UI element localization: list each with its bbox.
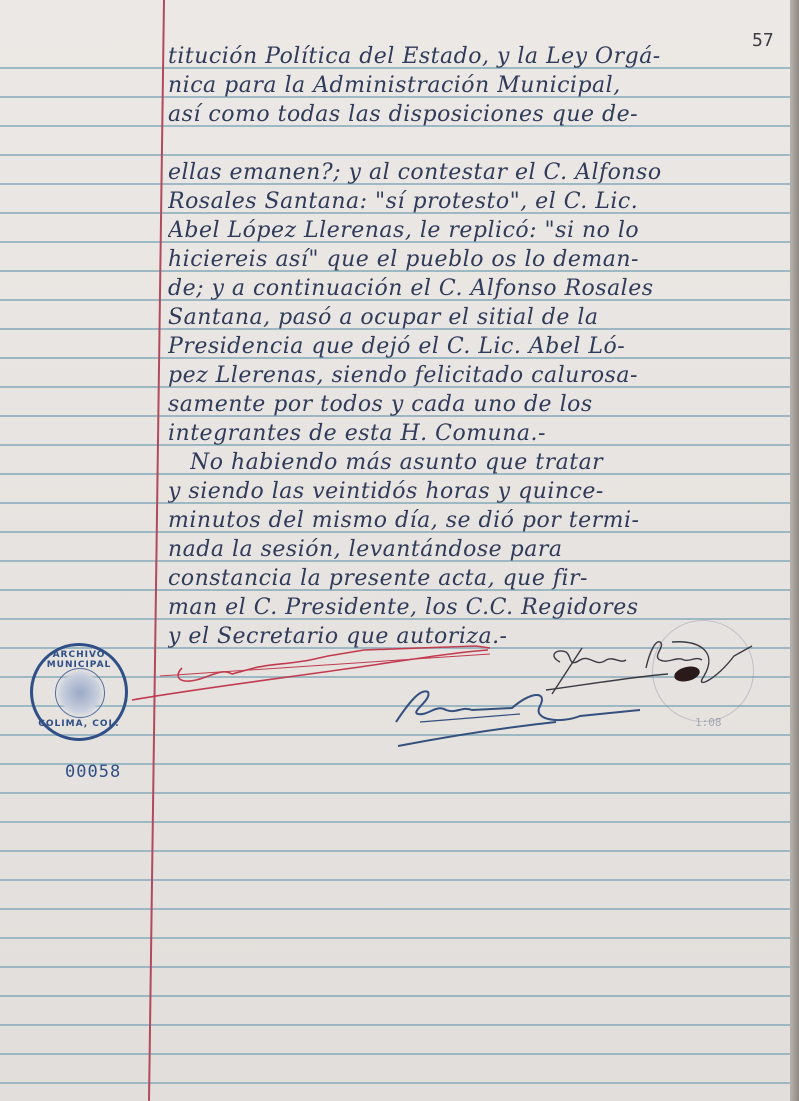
secretary-signature [396,691,640,746]
ledger-page: 57 titución Política del Estado, y la Le… [0,0,790,1101]
binding-edge [790,0,799,1101]
signatures-layer [0,0,790,1101]
ink-blot-icon [673,664,702,684]
alfonso-rosales-signature [546,642,752,694]
red-signature [132,646,490,700]
